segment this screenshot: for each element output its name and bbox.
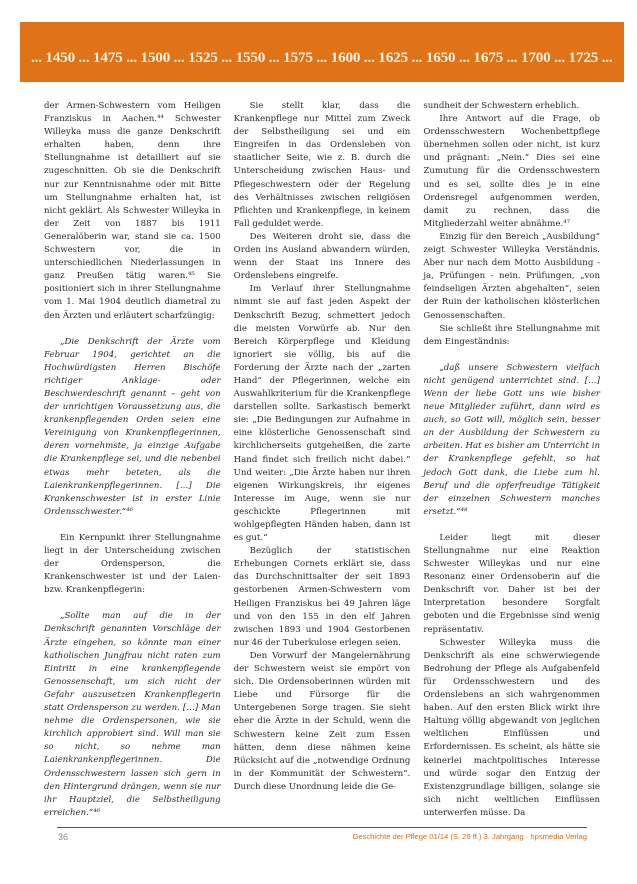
article-body: der Armen-Schwestern vom Heiligen Franzi…	[44, 100, 600, 833]
column-2: Sie stellt klar, dass die Krankenpflege …	[234, 100, 411, 833]
paragraph: Bezüglich der statistischen Erhebungen C…	[234, 545, 411, 650]
paragraph: der Armen-Schwestern vom Heiligen Franzi…	[44, 100, 221, 323]
paragraph: Des Weiteren droht sie, dass die Orden i…	[234, 231, 411, 283]
paragraph: Ihre Antwort auf die Frage, ob Ordenssch…	[423, 113, 600, 231]
page-number: 36	[58, 832, 68, 842]
paragraph: Schwester Willeyka muss die Denkschrift …	[423, 637, 600, 820]
publication-source: Geschichte der Pflege 01/14 (S. 26 ff.) …	[352, 832, 587, 841]
paragraph: Einzig für den Bereich „Ausbildung“ zeig…	[423, 231, 600, 323]
paragraph: Im Verlauf ihrer Stellungnahme nimmt sie…	[234, 283, 411, 545]
block-quote: „Die Denkschrift der Ärzte vom Februar 1…	[44, 336, 221, 519]
block-quote: „Sollte man auf die in der Denkschrift g…	[44, 610, 221, 820]
paragraph: Sie schließt ihre Stellungnahme mit dem …	[423, 323, 600, 349]
paragraph: Ein Kernpunkt ihrer Stellungnahme liegt …	[44, 532, 221, 597]
paragraph: Leider liegt mit dieser Stellungnahme nu…	[423, 532, 600, 637]
paragraph: Sie stellt klar, dass die Krankenpflege …	[234, 100, 411, 231]
column-1: der Armen-Schwestern vom Heiligen Franzi…	[44, 100, 221, 833]
timeline-banner: ... 1450 ... 1475 ... 1500 ... 1525 ... …	[20, 22, 624, 82]
column-3: sundheit der Schwestern erheblich. Ihre …	[423, 100, 600, 833]
footer-divider	[57, 827, 587, 828]
timeline-text: ... 1450 ... 1475 ... 1500 ... 1525 ... …	[20, 49, 613, 82]
paragraph: sundheit der Schwestern erheblich.	[423, 100, 600, 113]
paragraph: Den Vorwurf der Mangelernährung der Schw…	[234, 650, 411, 794]
block-quote: „daß unsere Schwestern vielfach nicht ge…	[423, 362, 600, 519]
